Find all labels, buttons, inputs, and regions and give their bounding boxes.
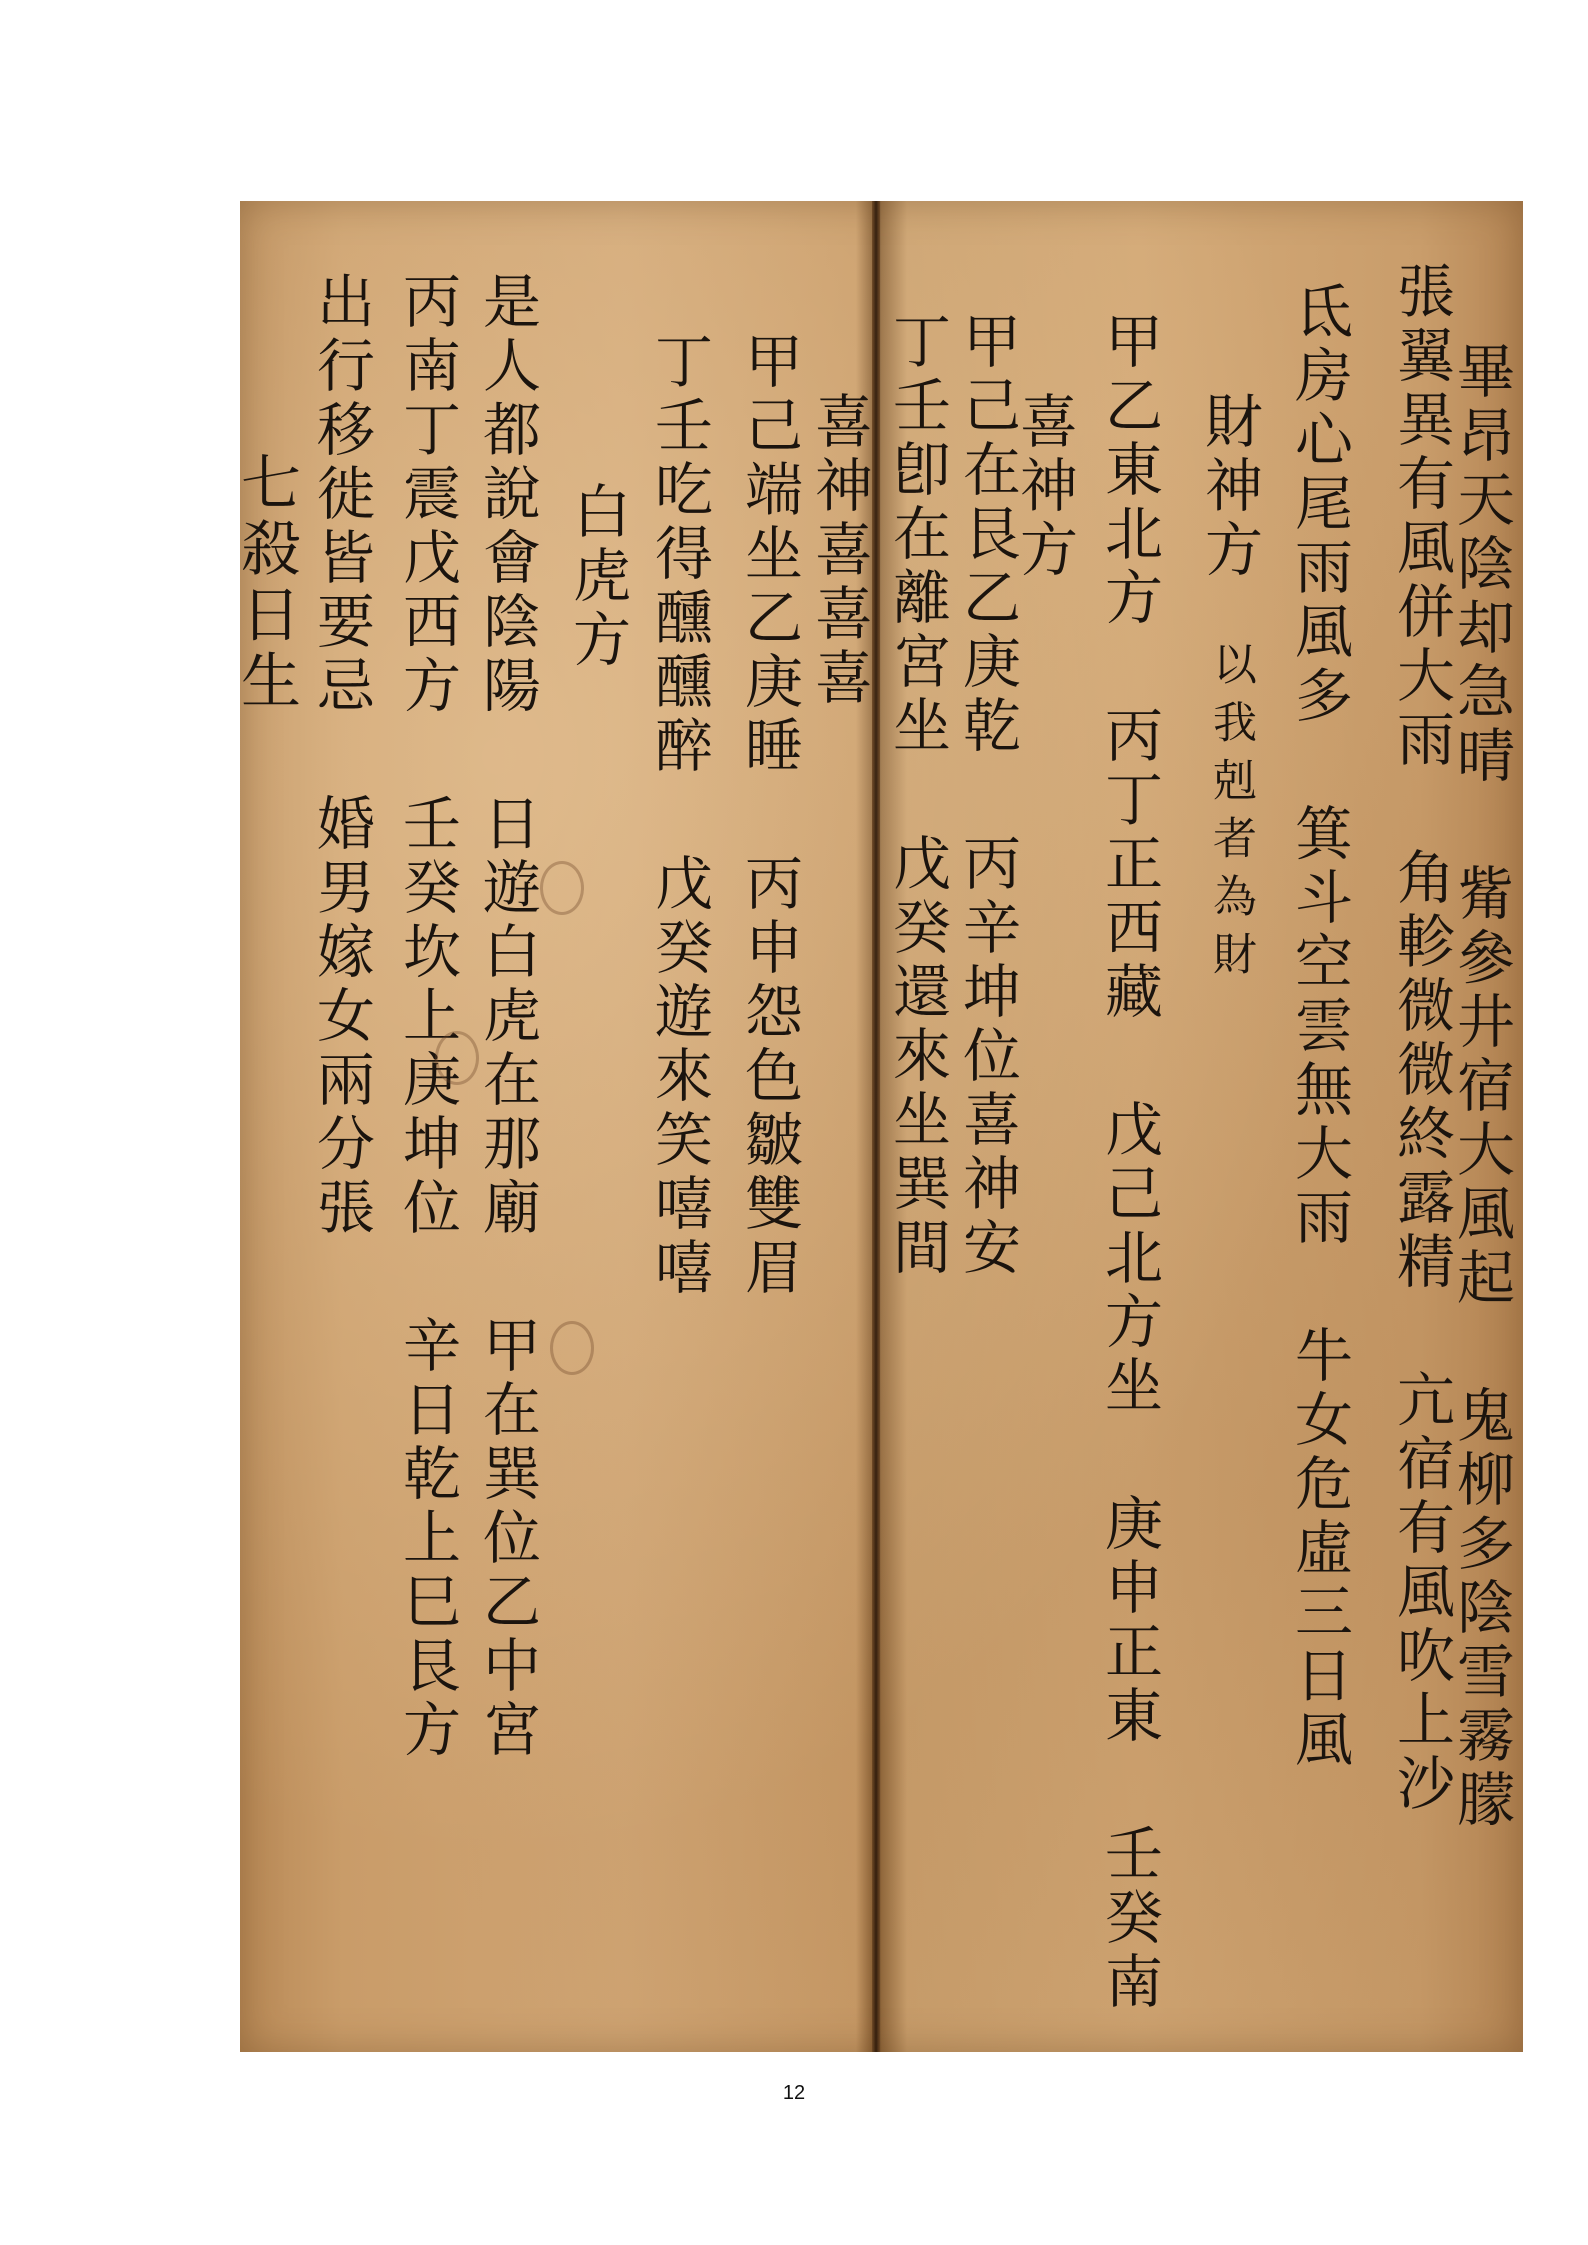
manuscript-scan: 畢昂天陰却急晴 觜參井宿大風起 鬼柳多陰雪霧朦 張翼異有風併大雨 角軫微微終露精… — [240, 201, 1523, 2052]
right-column-8: 丁壬卽在離宮坐 戊癸還來坐巽間 — [888, 311, 946, 1281]
heading-qisha-risheng: 七殺日生 — [236, 451, 296, 715]
right-column-7: 甲己在艮乙庚乾 丙辛坤位喜神安 — [958, 311, 1016, 1281]
right-column-5: 甲乙東北方 丙丁正西藏 戊己北方坐 庚申正東 壬癸南 — [1100, 311, 1158, 2015]
heading-xishen-fang: 喜神方 — [1015, 391, 1073, 583]
left-column-6: 丙南丁震戊西方 壬癸坎上庚坤位 辛日乾上巳艮方 — [398, 271, 456, 1763]
right-column-4-note: 以我剋者為財 — [1208, 641, 1252, 989]
book-spine — [872, 201, 880, 2052]
left-column-7: 出行移徙皆要忌 婚男嫁女兩分張 — [312, 271, 370, 1241]
paper-stain — [435, 1031, 479, 1085]
right-column-3: 氐房心尾雨風多 箕斗空雲無大雨 牛女危虛三日風 — [1290, 281, 1348, 1773]
right-column-6-heading: 喜神方 — [1015, 391, 1073, 583]
heading-caishen-fang: 財神方 — [1200, 391, 1258, 583]
page-number: 12 — [0, 2082, 1588, 2105]
heading-baihu-fang: 白虎方 — [568, 481, 626, 673]
left-column-4-heading: 白虎方 — [568, 481, 626, 673]
right-column-4-heading: 財神方 — [1200, 391, 1258, 583]
paper-stain — [550, 1321, 594, 1375]
left-column-1: 喜神喜喜喜 — [810, 391, 868, 711]
right-column-1: 畢昂天陰却急晴 觜參井宿大風起 鬼柳多陰雪霧朦 — [1452, 341, 1510, 1833]
left-column-2: 甲己端坐乙庚睡 丙申怨色皺雙眉 — [740, 331, 798, 1301]
left-column-8-heading: 七殺日生 — [236, 451, 296, 715]
right-column-2: 張翼異有風併大雨 角軫微微終露精 亢宿有風吹上沙 — [1392, 261, 1450, 1817]
left-column-3: 丁壬吃得醺醺醉 戊癸遊來笑嘻嘻 — [650, 331, 708, 1301]
paper-stain — [540, 861, 584, 915]
left-column-5: 是人都說會陰陽 日遊白虎在那廟 甲在巽位乙中宮 — [478, 271, 536, 1763]
